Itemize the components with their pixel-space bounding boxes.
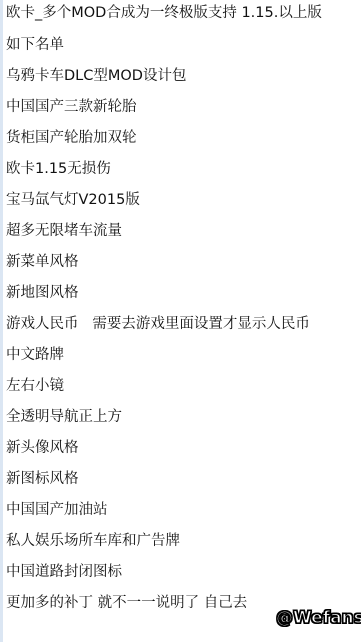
list-item: 中文路牌 xyxy=(6,344,361,375)
list-item: 宝马氙气灯V2015版 xyxy=(6,189,361,220)
list-item: 超多无限堵车流量 xyxy=(6,220,361,251)
list-item: 中国国产三款新轮胎 xyxy=(6,96,361,127)
left-border xyxy=(0,0,3,642)
list-heading: 如下名单 xyxy=(6,34,361,65)
list-item: 私人娱乐场所车库和广告牌 xyxy=(6,530,361,561)
list-item: 左右小镜 xyxy=(6,375,361,406)
list-item: 游戏人民币 需要去游戏里面设置才显示人民币 xyxy=(6,313,361,344)
list-item: 新图标风格 xyxy=(6,468,361,499)
list-item: 新地图风格 xyxy=(6,282,361,313)
doc-title-line: 欧卡_多个MOD合成为一终极版支持 1.15.以上版 xyxy=(6,2,361,34)
watermark: @Wefans xyxy=(276,608,361,628)
document-body: 欧卡_多个MOD合成为一终极版支持 1.15.以上版 如下名单 乌鸦卡车DLC型… xyxy=(6,2,361,623)
list-item: 中国国产加油站 xyxy=(6,499,361,530)
list-item: 乌鸦卡车DLC型MOD设计包 xyxy=(6,65,361,96)
list-item: 新菜单风格 xyxy=(6,251,361,282)
list-item: 全透明导航正上方 xyxy=(6,406,361,437)
list-item: 货柜国产轮胎加双轮 xyxy=(6,127,361,158)
list-item: 中国道路封闭图标 xyxy=(6,561,361,592)
list-item: 新头像风格 xyxy=(6,437,361,468)
list-item: 欧卡1.15无损伤 xyxy=(6,158,361,189)
